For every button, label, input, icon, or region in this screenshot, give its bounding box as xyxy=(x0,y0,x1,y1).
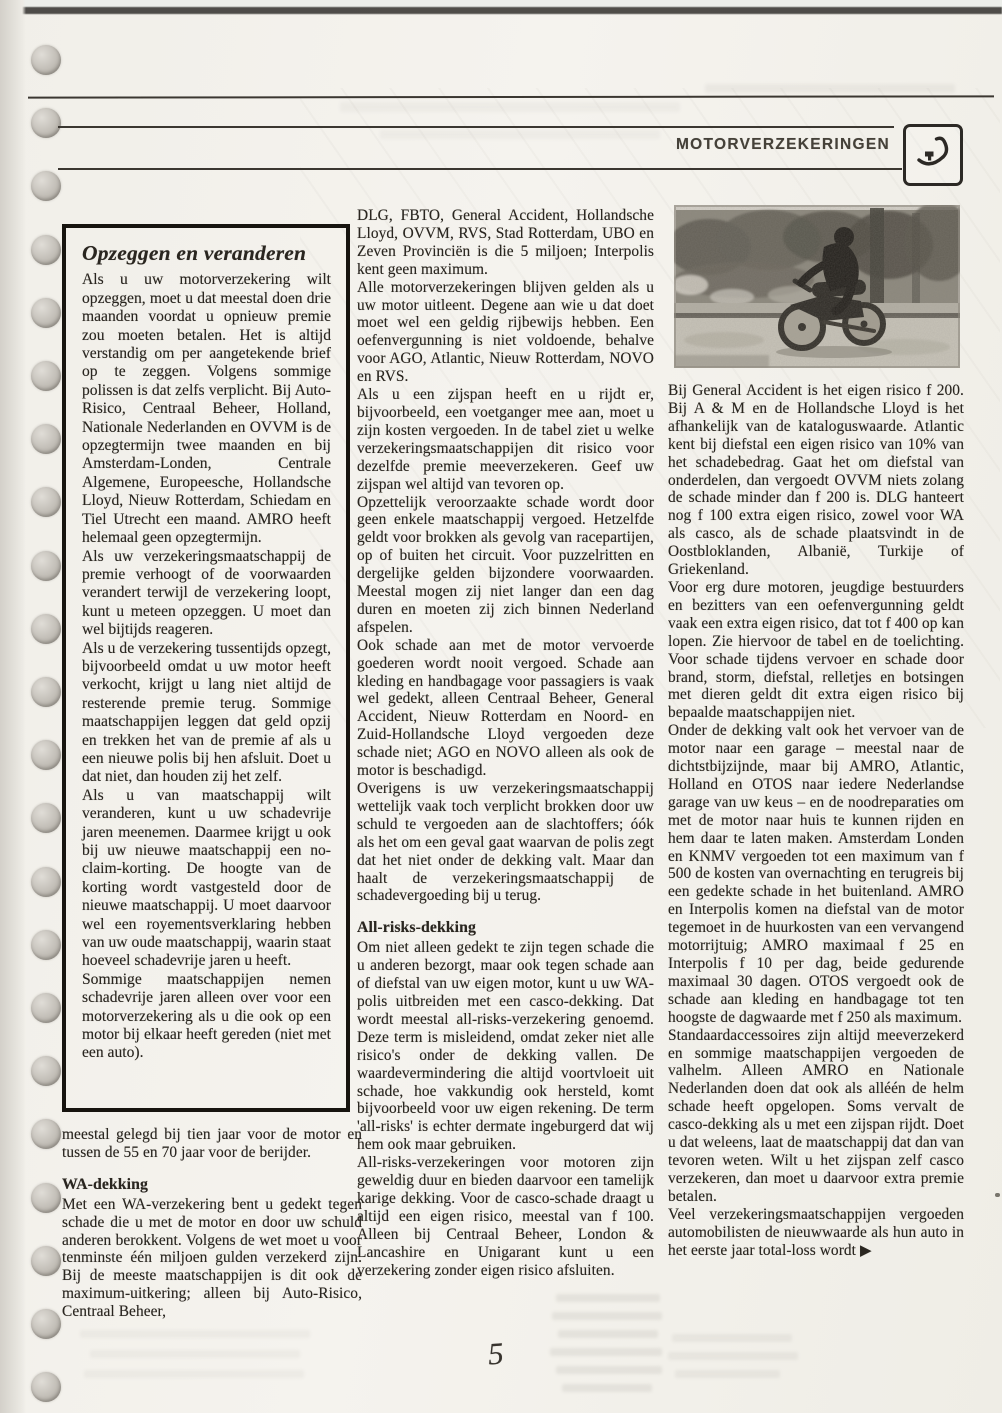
binding-hole xyxy=(31,108,61,138)
binding-hole xyxy=(31,677,61,707)
binding-hole xyxy=(31,298,61,328)
right-column-last-paragraph: Veel verzekeringsmaatschappijen vergoede… xyxy=(668,1206,964,1261)
middle-column-paragraph: Alle motorverzekeringen blijven gelden a… xyxy=(357,279,654,386)
binding-hole xyxy=(31,614,61,644)
continued-arrow-icon: ▶ xyxy=(860,1243,872,1259)
binding-hole xyxy=(31,45,61,75)
middle-column-paragraph: All-risks-verzekeringen voor motoren zij… xyxy=(357,1154,654,1279)
boxed-article-paragraph: Als u de verzekering tussentijds opzegt,… xyxy=(82,640,331,787)
boxed-article-paragraph: Als u uw motorverzekering wilt opzeggen,… xyxy=(82,271,331,547)
show-through-text xyxy=(556,1294,660,1302)
show-through-text xyxy=(380,130,660,139)
binding-hole xyxy=(31,1246,61,1276)
page-number: 5 xyxy=(487,1336,505,1373)
middle-column-paragraph: Ook schade aan met de motor vervoerde go… xyxy=(357,637,654,780)
middle-column-paragraph: Overigens is uw verzekeringsmaatschappij… xyxy=(357,780,654,905)
binding-hole xyxy=(31,867,61,897)
show-through-text xyxy=(562,1384,652,1392)
binding-hole xyxy=(31,235,61,265)
binding-hole xyxy=(31,1056,61,1086)
binding-hole xyxy=(31,1309,61,1339)
binding-hole xyxy=(31,1372,61,1402)
header-rule-top xyxy=(28,95,994,98)
right-column-paragraph: Voor erg dure motoren, jeugdige bestuurd… xyxy=(668,579,964,722)
binding-hole xyxy=(31,487,61,517)
left-column-paragraph: Met een WA-verzekering bent u gedekt teg… xyxy=(62,1196,362,1321)
left-column: meestal gelegd bij tien jaar voor de mot… xyxy=(62,1126,362,1326)
header-rule-middle xyxy=(58,126,894,128)
binding-hole xyxy=(31,1183,61,1213)
boxed-article: Opzeggen en veranderen Als u uw motorver… xyxy=(62,224,350,1112)
middle-column-paragraph: Als u een zijspan heeft en u rijdt er, b… xyxy=(357,386,654,493)
show-through-text xyxy=(550,1348,662,1356)
binding-edge-shadow xyxy=(0,0,26,1413)
binding-hole xyxy=(31,930,61,960)
boxed-article-paragraph: Sommige maatschappijen nemen schadevrije… xyxy=(82,971,331,1063)
binding-hole xyxy=(31,993,61,1023)
show-through-text xyxy=(556,1366,662,1374)
show-through-text xyxy=(90,1350,300,1358)
middle-column-paragraph: Om niet alleen gedekt te zijn tegen scha… xyxy=(357,939,654,1154)
binding-hole xyxy=(31,803,61,833)
section-heading-wa-dekking: WA-dekking xyxy=(62,1176,362,1194)
show-through-text xyxy=(705,84,955,93)
boxed-article-title: Opzeggen en veranderen xyxy=(82,244,331,262)
scanned-page: MOTORVERZEKERINGEN Opzeggen en verandere… xyxy=(0,0,1002,1413)
binding-hole xyxy=(31,424,61,454)
show-through-text xyxy=(84,1370,304,1378)
show-through-text xyxy=(672,1334,792,1342)
motorcycle-icon xyxy=(913,133,953,178)
section-heading-all-risks: All-risks-dekking xyxy=(357,919,654,937)
scan-speck xyxy=(995,1193,1000,1197)
show-through-text xyxy=(340,102,680,112)
middle-column-paragraph: DLG, FBTO, General Accident, Hollandsche… xyxy=(357,207,654,279)
show-through-text xyxy=(558,1330,658,1338)
binding-hole xyxy=(31,171,61,201)
middle-column-paragraph: Opzettelijk veroorzaakte schade wordt do… xyxy=(357,494,654,637)
left-column-continuation: meestal gelegd bij tien jaar voor de mot… xyxy=(62,1126,362,1162)
section-icon-box xyxy=(903,124,963,186)
show-through-text xyxy=(668,1352,798,1360)
right-column-paragraph: Standaardaccessoires zijn altijd meeverz… xyxy=(668,1027,964,1206)
header-rule-bottom xyxy=(58,168,902,170)
motorcycle-photo xyxy=(674,205,960,368)
right-column-paragraph: Onder de dekking valt ook het vervoer va… xyxy=(668,722,964,1026)
binding-hole xyxy=(31,740,61,770)
middle-column: DLG, FBTO, General Accident, Hollandsche… xyxy=(357,207,654,1325)
binding-hole xyxy=(31,551,61,581)
show-through-text xyxy=(80,1330,310,1338)
boxed-article-paragraph: Als uw verzekeringsmaatschappij de premi… xyxy=(82,548,331,640)
binding-hole xyxy=(31,1119,61,1149)
show-through-text xyxy=(552,1312,662,1320)
show-through-text xyxy=(675,1370,780,1378)
right-column-paragraph-text: Veel verzekeringsmaatschappijen vergoede… xyxy=(668,1206,964,1259)
binding-hole xyxy=(31,361,61,391)
right-column-paragraph: Bij General Accident is het eigen risico… xyxy=(668,382,964,579)
page-title: MOTORVERZEKERINGEN xyxy=(676,136,890,154)
right-column: Bij General Accident is het eigen risico… xyxy=(668,382,964,1320)
boxed-article-paragraph: Als u van maatschappij wilt veranderen, … xyxy=(82,787,331,971)
scan-edge-strip xyxy=(0,7,1002,14)
